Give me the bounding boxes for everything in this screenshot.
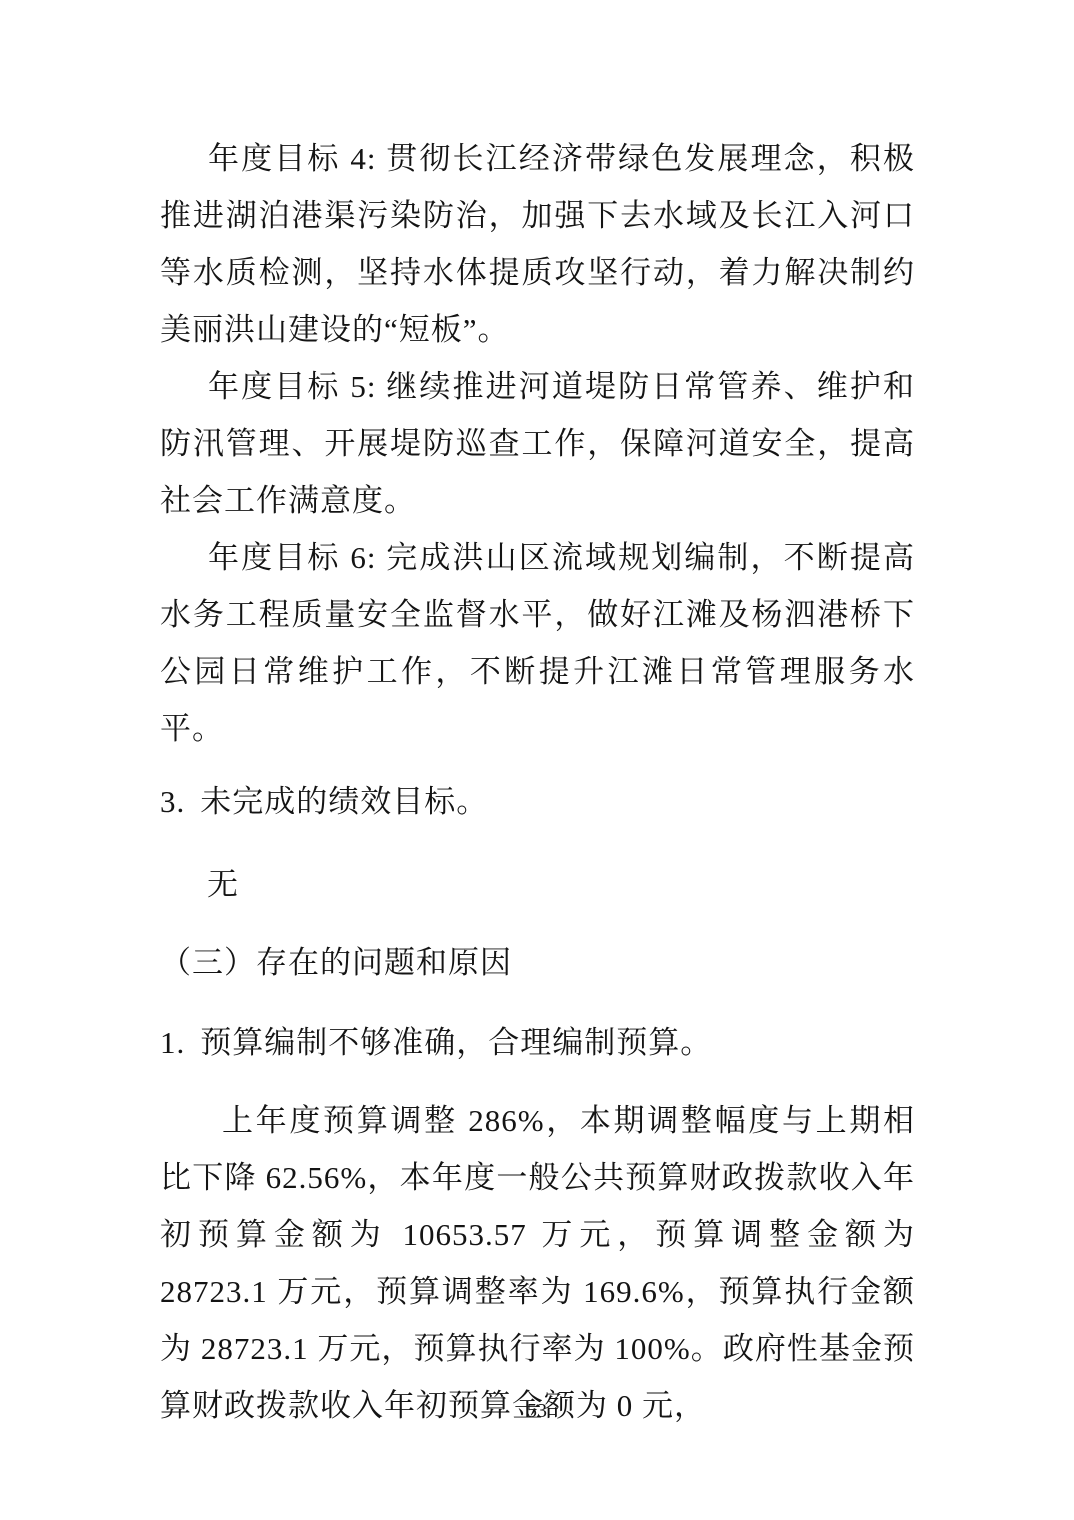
heading-unfinished-goals: 3.未完成的绩效目标。 [160, 773, 915, 830]
paragraph-annual-goal-5: 年度目标 5: 继续推进河道堤防日常管养、维护和防汛管理、开展堤防巡查工作，保障… [160, 358, 915, 529]
heading-unfinished-goals-text: 未完成的绩效目标。 [200, 784, 488, 819]
paragraph-annual-goal-6: 年度目标 6: 完成洪山区流域规划编制，不断提高水务工程质量安全监督水平，做好江… [160, 529, 915, 757]
heading-budget-problem-text: 预算编制不够准确，合理编制预算。 [200, 1025, 712, 1060]
heading-problems-and-causes: （三）存在的问题和原因 [160, 934, 915, 991]
paragraph-none: 无 [160, 856, 915, 913]
paragraph-annual-goal-4: 年度目标 4: 贯彻长江经济带绿色发展理念，积极推进湖泊港渠污染防治，加强下去水… [160, 130, 915, 358]
list-number: 3. [160, 773, 185, 830]
page-number: 53 [0, 1400, 1074, 1423]
list-number: 1. [160, 1014, 185, 1071]
heading-budget-problem: 1.预算编制不够准确，合理编制预算。 [160, 1014, 915, 1071]
paragraph-budget-adjustment-detail: 上年度预算调整 286%，本期调整幅度与上期相比下降 62.56%，本年度一般公… [160, 1092, 915, 1434]
document-page: 年度目标 4: 贯彻长江经济带绿色发展理念，积极推进湖泊港渠污染防治，加强下去水… [0, 0, 1074, 1520]
